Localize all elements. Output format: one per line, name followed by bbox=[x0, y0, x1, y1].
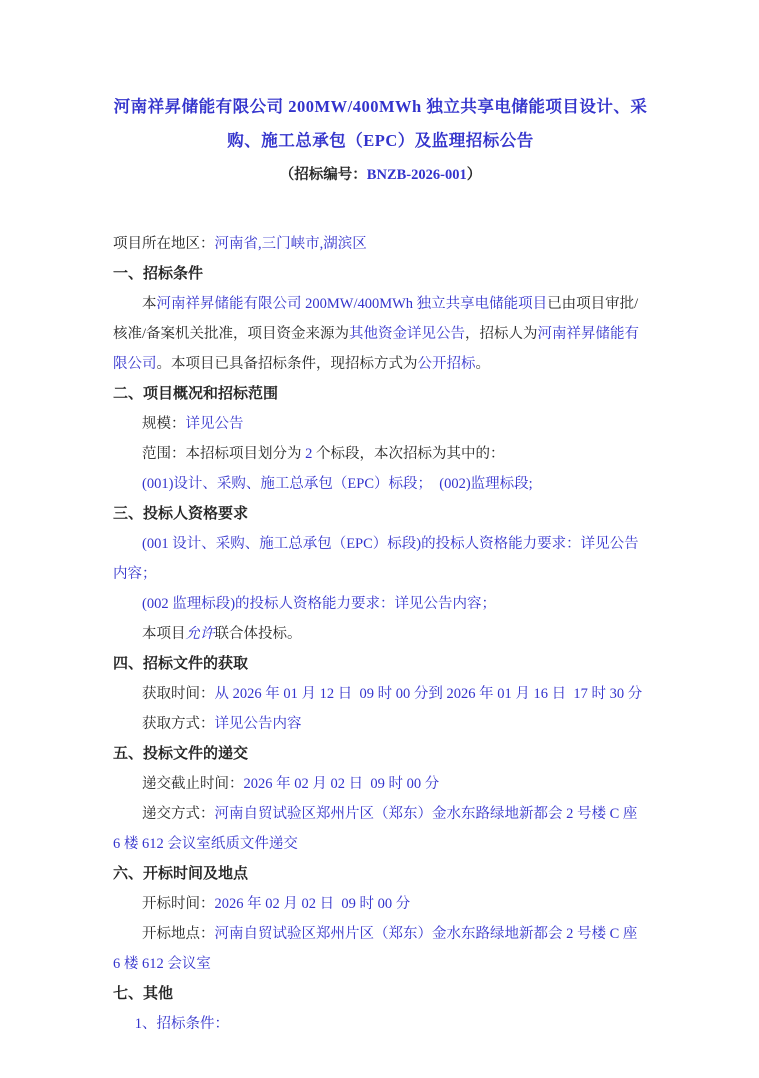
text-run: 联合体投标。 bbox=[215, 626, 302, 642]
section-6-heading: 六、开标时间及地点 bbox=[113, 859, 648, 889]
obtain-time-value: 从 2026 年 01 月 12 日 09 时 00 分到 2026 年 01 … bbox=[215, 686, 643, 702]
text-run: 个标段，本次招标为其中的： bbox=[312, 446, 504, 462]
section-1-paragraph: 本河南祥昇储能有限公司 200MW/400MWh 独立共享电储能项目已由项目审批… bbox=[113, 289, 648, 379]
submission-deadline-label: 递交截止时间： bbox=[142, 776, 244, 792]
opening-time-value: 2026 年 02 月 02 日 09 时 00 分 bbox=[215, 896, 411, 912]
project-location-line: 项目所在地区：河南省,三门峡市,湖滨区 bbox=[113, 229, 648, 259]
section-5-heading: 五、投标文件的递交 bbox=[113, 739, 648, 769]
section-2-heading: 二、项目概况和招标范围 bbox=[113, 379, 648, 409]
section-1-heading: 一、招标条件 bbox=[113, 259, 648, 289]
tender-number-line: （招标编号：BNZB-2026-001） bbox=[113, 158, 648, 192]
supervision-qualification-line: (002 监理标段)的投标人资格能力要求：详见公告内容； bbox=[113, 589, 648, 619]
funding-source-value: 其他资金详见公告 bbox=[349, 326, 465, 342]
tender-announcement-document: 河南祥昇储能有限公司 200MW/400MWh 独立共享电储能项目设计、采购、施… bbox=[0, 0, 759, 1078]
opening-place-line: 开标地点：河南自贸试验区郑州片区（郑东）金水东路绿地新都会 2 号楼 C 座 6… bbox=[113, 919, 648, 979]
text-run: 。本项目已具备招标条件，现招标方式为 bbox=[157, 356, 418, 372]
project-name-value: 河南祥昇储能有限公司 200MW/400MWh 独立共享电储能项目 bbox=[157, 296, 548, 312]
submission-method-label: 递交方式： bbox=[142, 806, 215, 822]
text-run: 本项目 bbox=[142, 626, 186, 642]
obtain-time-line: 获取时间：从 2026 年 01 月 12 日 09 时 00 分到 2026 … bbox=[113, 679, 648, 709]
scale-line: 规模：详见公告 bbox=[113, 409, 648, 439]
project-location-label: 项目所在地区： bbox=[113, 236, 215, 252]
scale-label: 规模： bbox=[142, 416, 186, 432]
epc-qualification-line: (001 设计、采购、施工总承包（EPC）标段)的投标人资格能力要求：详见公告内… bbox=[113, 529, 648, 589]
other-item-1-line: 1、招标条件： bbox=[113, 1009, 648, 1039]
obtain-method-value: 详见公告内容 bbox=[215, 716, 302, 732]
joint-venture-allowed-value: 允许 bbox=[186, 626, 215, 642]
lots-line: (001)设计、采购、施工总承包（EPC）标段； (002)监理标段; bbox=[113, 469, 648, 499]
text-run: 范围：本招标项目划分为 bbox=[142, 446, 305, 462]
tender-number-suffix: ） bbox=[467, 167, 482, 183]
bid-method-value: 公开招标 bbox=[418, 356, 476, 372]
text-run: 本 bbox=[142, 296, 157, 312]
text-run: ，招标人为 bbox=[465, 326, 538, 342]
submission-method-line: 递交方式：河南自贸试验区郑州片区（郑东）金水东路绿地新都会 2 号楼 C 座 6… bbox=[113, 799, 648, 859]
opening-place-label: 开标地点： bbox=[142, 926, 215, 942]
opening-time-label: 开标时间： bbox=[142, 896, 215, 912]
opening-time-line: 开标时间：2026 年 02 月 02 日 09 时 00 分 bbox=[113, 889, 648, 919]
joint-venture-line: 本项目允许联合体投标。 bbox=[113, 619, 648, 649]
document-title: 河南祥昇储能有限公司 200MW/400MWh 独立共享电储能项目设计、采购、施… bbox=[113, 90, 648, 158]
scope-line: 范围：本招标项目划分为 2 个标段，本次招标为其中的： bbox=[113, 439, 648, 469]
tender-number-value: BNZB-2026-001 bbox=[367, 167, 467, 183]
tender-number-prefix: （招标编号： bbox=[280, 167, 367, 183]
obtain-method-label: 获取方式： bbox=[142, 716, 215, 732]
obtain-method-line: 获取方式：详见公告内容 bbox=[113, 709, 648, 739]
section-4-heading: 四、招标文件的获取 bbox=[113, 649, 648, 679]
submission-deadline-value: 2026 年 02 月 02 日 09 时 00 分 bbox=[244, 776, 440, 792]
section-3-heading: 三、投标人资格要求 bbox=[113, 499, 648, 529]
project-location-value: 河南省,三门峡市,湖滨区 bbox=[215, 236, 367, 252]
obtain-time-label: 获取时间： bbox=[142, 686, 215, 702]
submission-deadline-line: 递交截止时间：2026 年 02 月 02 日 09 时 00 分 bbox=[113, 769, 648, 799]
text-run: 。 bbox=[476, 356, 491, 372]
section-7-heading: 七、其他 bbox=[113, 979, 648, 1009]
scale-value: 详见公告 bbox=[186, 416, 244, 432]
